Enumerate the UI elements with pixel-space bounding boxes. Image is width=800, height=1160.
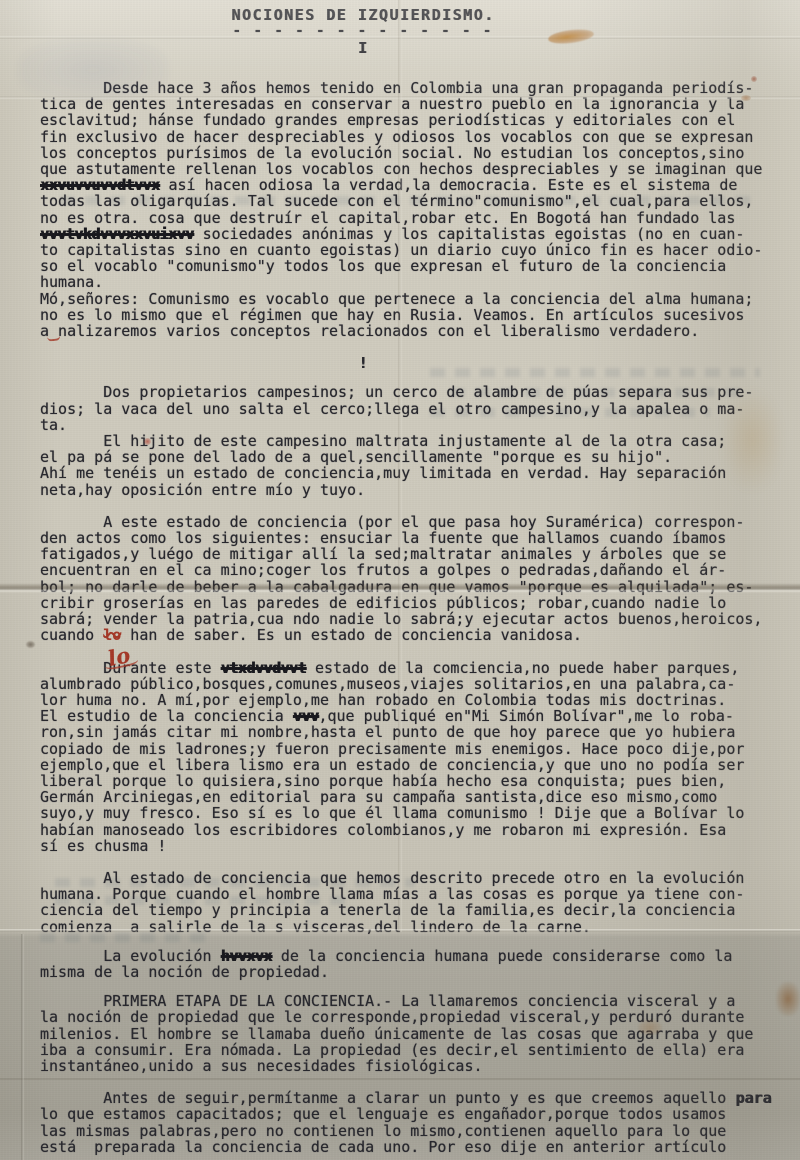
text-line: Dos propietarios campesinos; un cerco de… <box>40 384 782 400</box>
text-line: ejemplo,que el libera lismo era un estad… <box>40 757 782 773</box>
text-line: humana. Porque cuando el hombre llama mí… <box>40 886 782 902</box>
text-line: vvvtvkdvvvxxvuixvv sociedades anónimas y… <box>40 226 782 242</box>
text-line: habían manoseado los escribidores colomb… <box>40 822 782 838</box>
text-line: instantáneo,unido a sus necesidades fisi… <box>40 1058 782 1074</box>
text-line: ron,sin jamás citar mi nombre,hasta el p… <box>40 724 782 740</box>
text-line: lor huma no. A mí,por ejemplo,me han rob… <box>40 692 782 708</box>
text-line: está preparada la conciencia de cada uno… <box>40 1139 782 1155</box>
text-line: den actos como los siguientes: ensuciar … <box>40 530 782 546</box>
text-line: ta. <box>40 417 782 433</box>
text-line: copiado de mis ladrones;y fueron precisa… <box>40 741 782 757</box>
text-line: milenios. El hombre se llamaba dueño úni… <box>40 1026 782 1042</box>
text-line: Al estado de conciencia que hemos descri… <box>40 870 782 886</box>
text-line: A este estado de conciencia (por el que … <box>40 514 782 530</box>
text-line: Germán Arciniegas,en editorial para su c… <box>40 789 782 805</box>
red-ink-correction: lo <box>103 626 121 644</box>
paragraph: Al estado de conciencia que hemos descri… <box>40 870 782 935</box>
document-body: Desde hace 3 años hemos tenido en Colomb… <box>40 80 782 1155</box>
text-line: tica de gentes interesadas en conservar … <box>40 96 782 112</box>
text-line: bol; no darle de beber a la cabalgadura … <box>40 579 782 595</box>
text-line: PRIMERA ETAPA DE LA CONCIENCIA.- La llam… <box>40 993 782 1009</box>
scanned-typewritten-page: { "document": { "title": "NOCIONES DE IZ… <box>0 0 800 1160</box>
section-marker: ! <box>0 355 734 371</box>
text-line: no es lo mismo que el régimen que hay en… <box>40 307 782 323</box>
text-line: sabrá; vender la patria,cua ndo nadie lo… <box>40 611 782 627</box>
text-line: las mismas palabras,pero no contienen lo… <box>40 1123 782 1139</box>
typewritten-text: han de saber. Es un estado de conciencia… <box>121 626 582 644</box>
typewritten-text: cuando <box>40 626 103 644</box>
typewritten-text: instantáneo,unido a sus necesidades fisi… <box>40 1057 483 1075</box>
typewritten-text: está preparada la conciencia de cada uno… <box>40 1138 726 1156</box>
text-line: cribir groserías en las paredes de edifi… <box>40 595 782 611</box>
text-line: la noción de propiedad que le correspond… <box>40 1009 782 1025</box>
typewritten-text: comienza a salirle de la s visceras,del … <box>40 918 591 936</box>
paragraph: La evolución hvvxvx de la conciencia hum… <box>40 948 782 980</box>
text-line: suyo,y muy fresco. Eso sí es lo que él l… <box>40 805 782 821</box>
text-line: so el vocablo "comunismo"y todos los que… <box>40 258 782 274</box>
text-line: El hijito de este campesino maltrata inj… <box>40 433 782 449</box>
text-line: todas las oligarquías. Tal sucede con el… <box>40 193 782 209</box>
text-line: Antes de seguir,permítanme a clarar un p… <box>40 1090 782 1106</box>
paragraph: PRIMERA ETAPA DE LA CONCIENCIA.- La llam… <box>40 993 782 1074</box>
text-line: que astutamente rellenan los vocablos co… <box>40 161 782 177</box>
text-line: Durante este vtxdvvdvvt estado de la com… <box>40 660 782 676</box>
typewritten-text: sí es chusma ! <box>40 837 166 855</box>
text-line: esclavitud; hánse fundado grandes empres… <box>40 112 782 128</box>
text-line: El estudio de la conciencia vvv,que publ… <box>40 708 782 724</box>
section-numeral: I <box>0 41 734 56</box>
text-line: misma de la noción de propiedad. <box>40 964 782 980</box>
typewritten-page: NOCIONES DE IZQUIERDISMO. - - - - - - - … <box>40 6 782 1155</box>
paragraph: Desde hace 3 años hemos tenido en Colomb… <box>40 80 782 339</box>
text-line: dios; la vaca del uno salta el cerco;lle… <box>40 401 782 417</box>
text-line: lo que estamos capacitados; que el lengu… <box>40 1106 782 1122</box>
typewritten-text: neta,hay oposición entre mío y tuyo. <box>40 481 365 499</box>
text-line: a nalizaremos varios conceptos relaciona… <box>40 323 782 339</box>
text-line: xxvuvvuvvdtvvx así hacen odiosa la verda… <box>40 177 782 193</box>
text-line: ! <box>0 355 734 371</box>
text-line: alumbrado público,bosques,comunes,museos… <box>40 676 782 692</box>
text-line: neta,hay oposición entre mío y tuyo. <box>40 482 782 498</box>
text-line: comienza a salirle de la s visceras,del … <box>40 919 782 935</box>
paragraph: A este estado de conciencia (por el que … <box>40 514 782 644</box>
text-line: La evolución hvvxvx de la conciencia hum… <box>40 948 782 964</box>
text-line: los conceptos purísimos de la evolución … <box>40 145 782 161</box>
typewritten-text: ! <box>358 354 367 372</box>
text-line: to capitalistas sino en cuanto egoistas)… <box>40 242 782 258</box>
overtyped-bold-text: para <box>735 1089 771 1107</box>
typewritten-text: a nalizaremos varios conceptos relaciona… <box>40 322 699 340</box>
text-line: encuentran en el ca mino;coger los fruto… <box>40 562 782 578</box>
text-line: Mó,señores: Comunismo es vocablo que per… <box>40 291 782 307</box>
text-line: iba a consumir. Era nómada. La propiedad… <box>40 1042 782 1058</box>
typewritten-text: misma de la noción de propiedad. <box>40 963 329 981</box>
text-line: sí es chusma ! <box>40 838 782 854</box>
text-line: Ahí me tenéis un estado de conciencia,mu… <box>40 465 782 481</box>
typewritten-text: de la conciencia humana puede considerar… <box>272 947 733 965</box>
page-title: NOCIONES DE IZQUIERDISMO. <box>0 6 734 24</box>
stain <box>26 641 35 648</box>
text-line: Desde hace 3 años hemos tenido en Colomb… <box>40 80 782 96</box>
paragraph: Durante este vtxdvvdvvt estado de la com… <box>40 660 782 854</box>
paragraph: Antes de seguir,permítanme a clarar un p… <box>40 1090 782 1155</box>
title-underline: - - - - - - - - - - - - - <box>0 25 734 38</box>
vertical-fold-crease <box>21 934 24 1160</box>
text-line: liberal porque lo quisiera,sino porque h… <box>40 773 782 789</box>
paragraph: Dos propietarios campesinos; un cerco de… <box>40 384 782 497</box>
text-line: humana. <box>40 274 782 290</box>
text-line: ciencia del tiempo y principia a tenerla… <box>40 902 782 918</box>
typewritten-text: dios; la vaca del uno salta el cerco;lle… <box>40 400 744 418</box>
text-line: cuando lo han de saber. Es un estado de … <box>40 627 782 643</box>
typewritten-text: so el vocablo "comunismo"y todos los que… <box>40 257 726 275</box>
text-line: no es otra. cosa que destruír el capital… <box>40 210 782 226</box>
text-line: fin exclusivo de hacer despreciables y o… <box>40 129 782 145</box>
